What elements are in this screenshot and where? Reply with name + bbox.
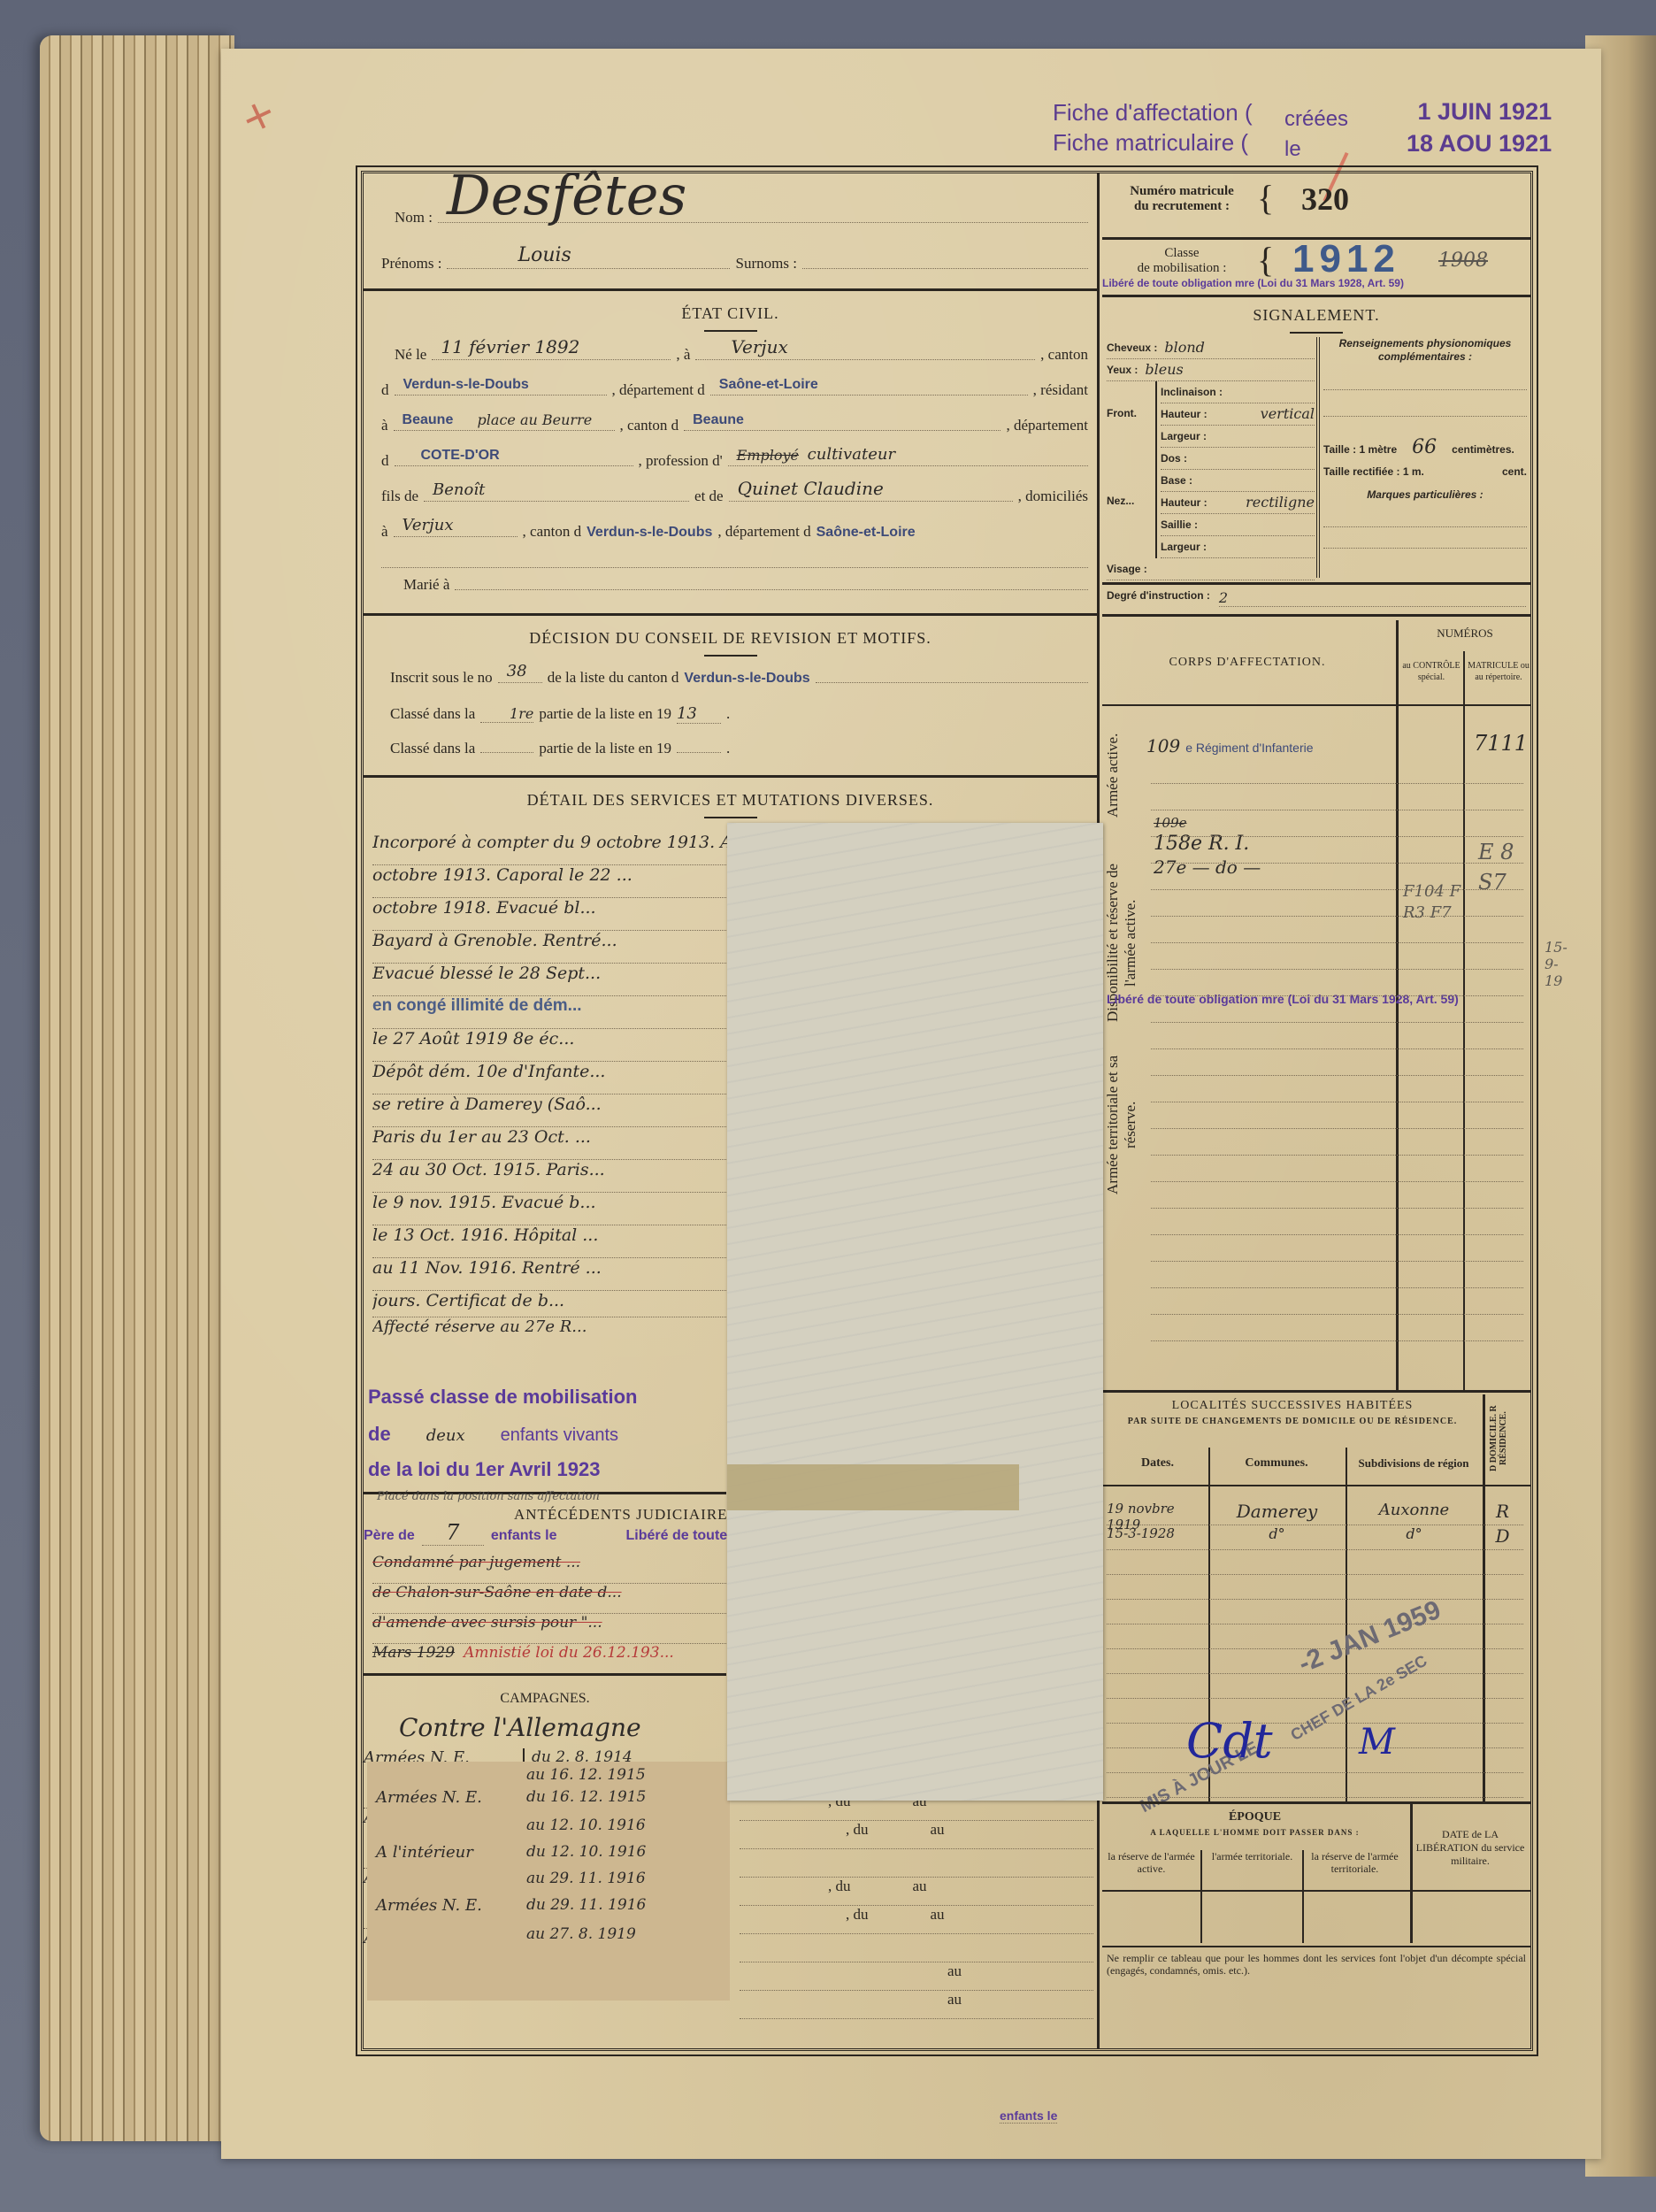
campagnes-blank-lines: , duau , duau , duau , duau au au xyxy=(740,1793,1093,2019)
margin-date-note: 15-9-19 xyxy=(1545,939,1568,989)
profession-value: cultivateur xyxy=(808,445,895,464)
inscrit-numero: 38 xyxy=(507,662,527,680)
classe2-row: Classé dans la partie de la liste en 19 … xyxy=(390,740,730,757)
nom-label: Nom : xyxy=(395,209,433,227)
regiment-row: 109 e Régiment d'Infanterie xyxy=(1146,735,1314,757)
epoque-note: Ne remplir ce tableau que pour les homme… xyxy=(1107,1952,1526,1977)
matricule-label: Numéro matricule du recrutement : xyxy=(1111,184,1253,214)
antecedent-line: Mars 1929 xyxy=(372,1644,455,1662)
marie-row: Marié à xyxy=(403,576,1088,594)
armee-active-label: Armée active. xyxy=(1104,718,1141,833)
creees-le-label: créées le xyxy=(1284,104,1348,165)
classe-label: Classe de mobilisation : xyxy=(1111,246,1253,276)
lieu-naissance: Verjux xyxy=(731,336,787,357)
canton-naissance: Verdun-s-le-Doubs xyxy=(403,377,529,393)
signature-2: M xyxy=(1359,1722,1395,1763)
regiment-label: e Régiment d'Infanterie xyxy=(1185,741,1313,755)
date-fiche-matriculaire: 18 AOU 1921 xyxy=(1407,127,1552,159)
fiche-affectation-label: Fiche d'affectation ( xyxy=(1053,97,1253,127)
fiche-stamp: Fiche d'affectation ( Fiche matriculaire… xyxy=(1053,97,1253,157)
nombre-enfants: deux xyxy=(426,1426,465,1445)
services-title: DÉTAIL DES SERVICES ET MUTATIONS DIVERSE… xyxy=(364,791,1097,818)
domicile-canton: Verdun-s-le-Doubs xyxy=(586,525,712,541)
campagnes-title: CAMPAGNES. xyxy=(364,1691,726,1707)
domicile-departement: Saône-et-Loire xyxy=(816,525,916,541)
footer-enfants-stamp: enfants le xyxy=(1000,2108,1057,2124)
classe1-partie: 1re xyxy=(480,705,533,723)
departement-naissance: Saône-et-Loire xyxy=(719,377,818,393)
campagne-heading: Contre l'Allemagne xyxy=(399,1713,641,1742)
localite-row: 15-3-1928 d° d° D xyxy=(1107,1525,1523,1550)
localites-col-dr: D DOMICILE. R RÉSIDENCE. xyxy=(1489,1399,1529,1479)
cheveux-value: blond xyxy=(1164,337,1205,358)
classe-value: 1912 xyxy=(1292,237,1400,281)
epoque-col-reserve-territoriale: la réserve de l'armée territoriale. xyxy=(1304,1850,1406,1943)
date-fiche-affectation: 1 JUIN 1921 xyxy=(1407,96,1552,127)
signalement-complements: Renseignements physionomiques complément… xyxy=(1323,337,1527,549)
yeux-value: bleus xyxy=(1145,359,1183,380)
profession-struck: Employé xyxy=(737,447,799,464)
localites-col-communes: Communes. xyxy=(1210,1456,1343,1471)
classe-liberation-stamp: Libéré de toute obligation mre (Loi du 3… xyxy=(1102,277,1404,289)
prenoms-value: Louis xyxy=(517,244,571,266)
prenoms-row: Prénoms : Louis Surnoms : xyxy=(381,255,1088,273)
naissance-row: Né le 11 février 1892 , à Verjux , canto… xyxy=(395,346,1088,364)
note-position: Placé dans la position sans affectation xyxy=(377,1490,600,1503)
front-value: vertical xyxy=(1261,403,1315,425)
nez-value: rectiligne xyxy=(1246,492,1315,513)
localites-col-subdivisions: Subdivisions de région xyxy=(1347,1456,1480,1471)
inscrit-canton: Verdun-s-le-Doubs xyxy=(684,671,809,687)
domicile-value: Verjux xyxy=(402,516,454,534)
corps-title: CORPS D'AFFECTATION. xyxy=(1102,656,1392,670)
localites-col-dates: Dates. xyxy=(1107,1456,1208,1471)
localites-subtitle: PAR SUITE DE CHANGEMENTS DE DOMICILE OU … xyxy=(1102,1417,1483,1426)
antecedent-line: d'amende avec sursis pour "... xyxy=(372,1614,726,1644)
antecedent-line: Condamné par jugement ... xyxy=(372,1554,726,1584)
residence-departement: COTE-D'OR xyxy=(421,448,500,464)
parents-row: fils de Benoît et de Quinet Claudine , d… xyxy=(381,488,1088,505)
regiment-matricule: 7111 xyxy=(1474,731,1528,756)
antecedents-lines: Condamné par jugement ... de Chalon-sur-… xyxy=(372,1554,726,1674)
instruction-value: 2 xyxy=(1219,589,1526,607)
date-naissance: 11 février 1892 xyxy=(441,336,579,357)
amnistie-note: Amnistié loi du 26.12.193... xyxy=(464,1644,674,1662)
right-column: Numéro matricule du recrutement : { 320 … xyxy=(1102,173,1530,2048)
surnoms-label: Surnoms : xyxy=(735,255,796,273)
date-liberation-header: DATE de LA LIBÉRATION du service militai… xyxy=(1414,1828,1527,1868)
fiche-matriculaire-label: Fiche matriculaire ( xyxy=(1053,127,1253,157)
profession-row: d COTE-D'OR , profession d' Employé cult… xyxy=(381,452,1088,470)
pere-value: Benoît xyxy=(433,480,485,499)
epoque-col-territoriale: l'armée territoriale. xyxy=(1202,1850,1304,1943)
marie-value xyxy=(455,589,1088,590)
nom-row: Nom : Desfêtes xyxy=(395,209,1088,227)
inscrit-row: Inscrit sous le no 38 de la liste du can… xyxy=(390,669,1088,687)
pere-enfants-row: Père de 7 enfants le Libéré de toute obl… xyxy=(364,1520,777,1546)
mere-value: Quinet Claudine xyxy=(738,478,884,499)
epoque-subtitle: A LAQUELLE L'HOMME DOIT PASSER DANS : xyxy=(1102,1828,1407,1837)
surnoms-value xyxy=(802,268,1088,269)
prenoms-label: Prénoms : xyxy=(381,255,441,273)
pasted-paper-slip xyxy=(727,823,1103,1801)
visage-field: Visage : xyxy=(1107,558,1315,580)
classe1-annee: 13 xyxy=(677,704,721,724)
regiment-number: 109 xyxy=(1146,735,1180,757)
instruction-row: Degré d'instruction : 2 xyxy=(1107,589,1526,607)
residence-row: à Beaune place au Beurre , canton d Beau… xyxy=(381,417,1088,434)
residence-ville: Beaune xyxy=(402,412,454,428)
territoriale-label: Armée territoriale et sa réserve. xyxy=(1104,1049,1141,1200)
numeros-title: NUMÉROS xyxy=(1399,626,1531,641)
residence-canton: Beaune xyxy=(693,412,744,428)
campagnes-card: au 16. 12. 1915 Armées N. E. du 16. 12. … xyxy=(367,1762,730,2001)
disponibilite-label: Disponibilité et réserve de l'armée acti… xyxy=(1104,841,1141,1045)
loi-1923-stamp: de la loi du 1er Avril 1923 xyxy=(368,1458,601,1481)
decision-title: DÉCISION DU CONSEIL DE REVISION ET MOTIF… xyxy=(364,629,1097,657)
matricule-value: 320 xyxy=(1301,180,1349,218)
signature-1: Cdt xyxy=(1186,1713,1273,1769)
page-stack-edges xyxy=(40,35,234,2141)
antecedent-line: de Chalon-sur-Saône en date d... xyxy=(372,1584,726,1614)
signalement-fields: Cheveux :blond Yeux :bleus Front. Inclin… xyxy=(1107,337,1315,580)
etat-civil-title: ÉTAT CIVIL. xyxy=(364,304,1097,332)
controle-header: au CONTRÔLE spécial. xyxy=(1401,660,1461,683)
passe-classe-stamp: Passé classe de mobilisation xyxy=(368,1386,637,1409)
canton-row: d Verdun-s-le-Doubs , département d Saôn… xyxy=(381,381,1088,399)
residence-detail: place au Beurre xyxy=(478,411,593,428)
classe1-row: Classé dans la 1re partie de la liste en… xyxy=(390,704,730,724)
adhesive-tape xyxy=(727,1464,1019,1510)
classe2-annee xyxy=(677,752,721,753)
taille-value: 66 xyxy=(1402,436,1446,458)
matricule-header: MATRICULE ou au répertoire. xyxy=(1467,660,1530,683)
enfants-vivants-row: de deux enfants vivants xyxy=(368,1423,618,1446)
fiche-dates-stamp: 1 JUIN 1921 18 AOU 1921 xyxy=(1407,96,1552,159)
nom-value: Desfêtes xyxy=(447,163,686,227)
signalement-title: SIGNALEMENT. xyxy=(1102,306,1530,334)
domicile-row: à Verjux , canton d Verdun-s-le-Doubs , … xyxy=(381,523,1088,541)
epoque-col-reserve: la réserve de l'armée active. xyxy=(1102,1850,1202,1943)
classe-struck: 1908 xyxy=(1438,250,1488,272)
pere-enfants-count: 7 xyxy=(422,1520,484,1546)
localite-row: 19 novbre 1919 Damerey Auxonne R xyxy=(1107,1501,1523,1525)
localites-title: LOCALITÉS SUCCESSIVES HABITÉES xyxy=(1102,1399,1483,1413)
classe2-partie xyxy=(480,752,533,753)
epoque-title: ÉPOQUE xyxy=(1102,1810,1407,1824)
